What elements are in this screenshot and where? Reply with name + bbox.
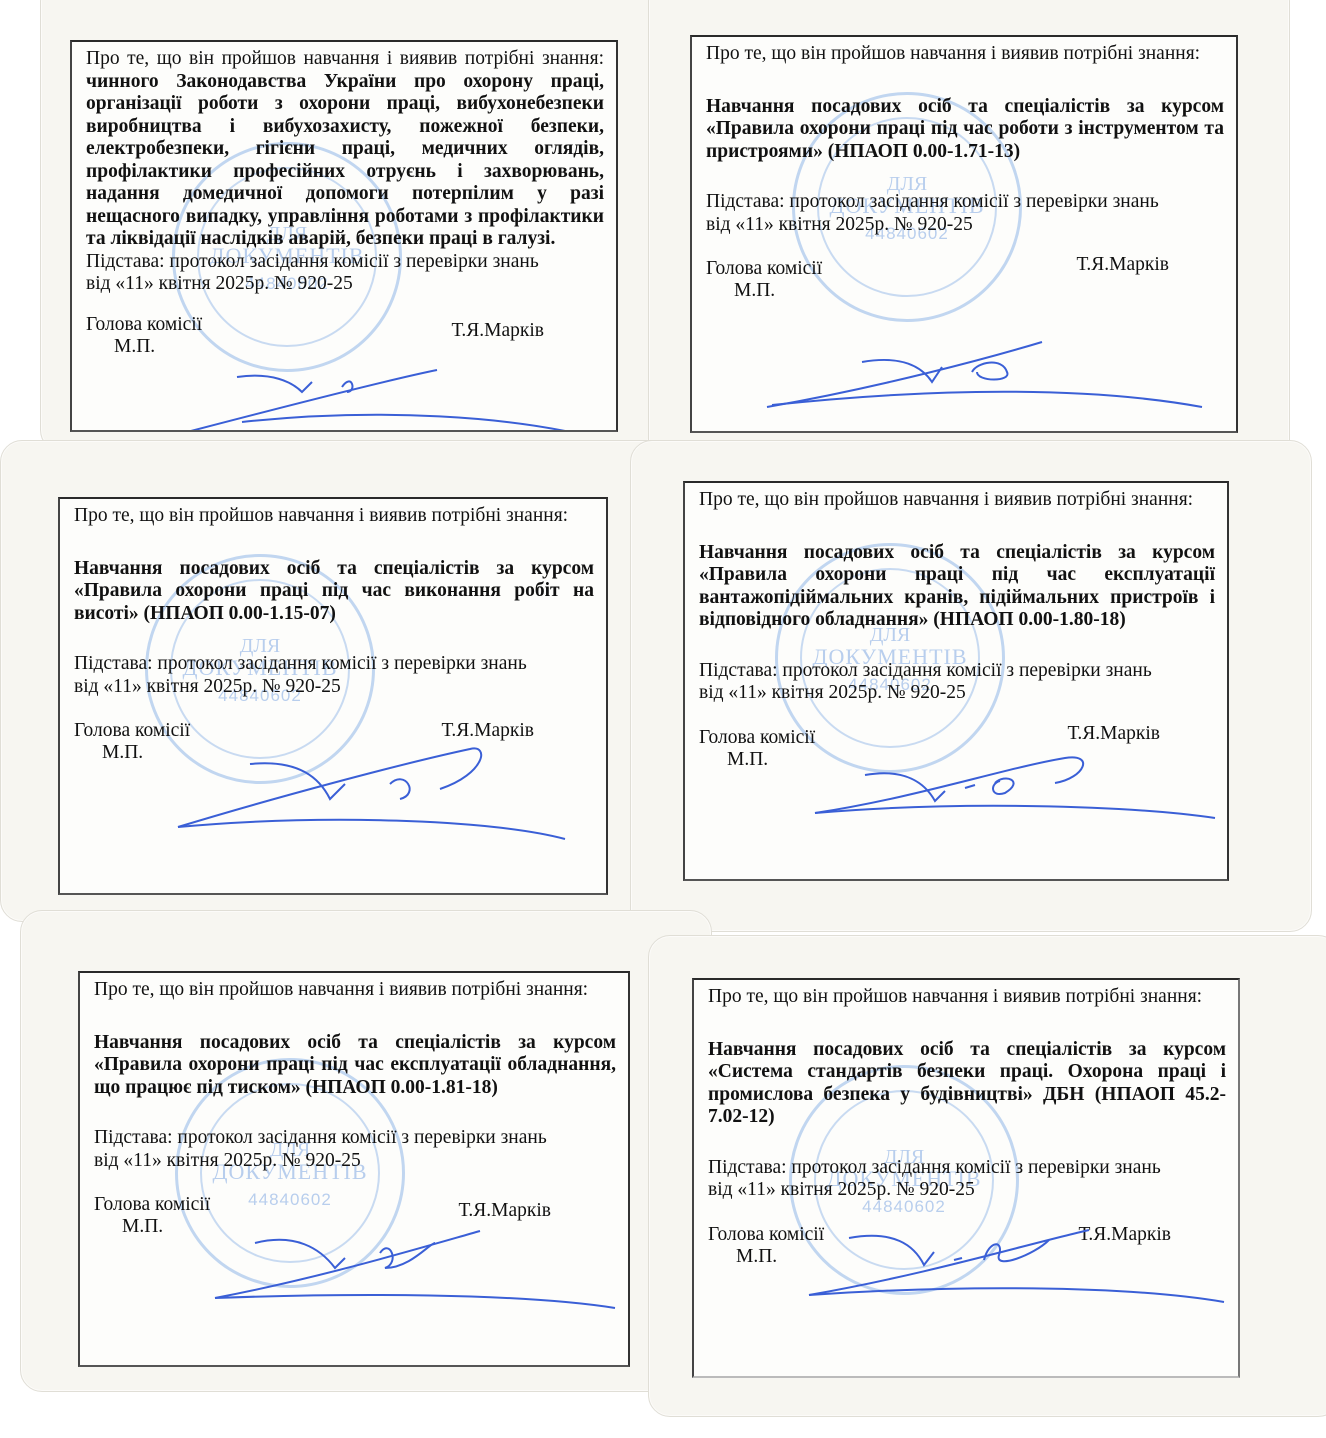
- basis-line-1: Підстава: протокол засідання комісії з п…: [706, 191, 1224, 214]
- signer-name: Т.Я.Марків: [1078, 1224, 1171, 1247]
- signer-title: Голова комісії: [94, 1194, 210, 1217]
- certificate-card-4: ДЛЯ ДОКУМЕНТІВ 44840602 Про те, що він п…: [683, 481, 1229, 881]
- basis-line-1: Підстава: протокол засідання комісії з п…: [74, 653, 594, 676]
- course-text: чинного Законодавства України про охорон…: [86, 71, 604, 250]
- certificate-card-1: ДЛЯ ДОКУМЕНТІВ 44840602 Про те, що він п…: [70, 40, 618, 432]
- signature-icon: [762, 337, 1212, 417]
- signature-icon: [182, 362, 602, 432]
- seal-label: М.П.: [736, 1246, 777, 1269]
- certificate-card-5: ДЛЯ ДОКУМЕНТІВ 44840602 Про те, що він п…: [78, 971, 630, 1367]
- course-text: Навчання посадових осіб та спеціалістів …: [94, 1032, 616, 1100]
- certificate-card-3: ДЛЯ ДОКУМЕНТІВ 44840602 Про те, що він п…: [58, 497, 608, 895]
- basis-line-1: Підстава: протокол засідання комісії з п…: [708, 1157, 1226, 1180]
- course-text: Навчання посадових осіб та спеціалістів …: [699, 542, 1215, 632]
- signer-title: Голова комісії: [706, 258, 822, 281]
- signer-title: Голова комісії: [699, 727, 815, 750]
- course-text: Навчання посадових осіб та спеціалістів …: [706, 96, 1224, 164]
- intro-text: Про те, що він пройшов навчання і виявив…: [86, 48, 604, 69]
- signer-name: Т.Я.Марків: [1076, 254, 1169, 277]
- seal-label: М.П.: [734, 280, 775, 303]
- intro-text: Про те, що він пройшов навчання і виявив…: [94, 979, 616, 1002]
- basis-line-2: від «11» квітня 2025р. № 920-25: [699, 682, 1215, 705]
- intro-text: Про те, що він пройшов навчання і виявив…: [74, 505, 594, 528]
- basis-line-2: від «11» квітня 2025р. № 920-25: [706, 214, 1224, 237]
- signer-name: Т.Я.Марків: [451, 320, 544, 343]
- basis-line-1: Підстава: протокол засідання комісії з п…: [699, 660, 1215, 683]
- intro-text: Про те, що він пройшов навчання і виявив…: [706, 43, 1224, 66]
- signer-name: Т.Я.Марків: [458, 1200, 551, 1223]
- seal-label: М.П.: [102, 742, 143, 765]
- basis-line-2: від «11» квітня 2025р. № 920-25: [86, 273, 604, 296]
- certificate-card-2: ДЛЯ ДОКУМЕНТІВ 44840602 Про те, що він п…: [690, 35, 1238, 433]
- signer-title: Голова комісії: [74, 720, 190, 743]
- seal-label: М.П.: [114, 336, 155, 359]
- course-text: Навчання посадових осіб та спеціалістів …: [74, 558, 594, 626]
- seal-label: М.П.: [727, 749, 768, 772]
- basis-line-2: від «11» квітня 2025р. № 920-25: [708, 1179, 1226, 1202]
- intro-text: Про те, що він пройшов навчання і виявив…: [708, 986, 1226, 1009]
- course-text: Навчання посадових осіб та спеціалістів …: [708, 1039, 1226, 1129]
- basis-line-1: Підстава: протокол засідання комісії з п…: [94, 1127, 616, 1150]
- signer-name: Т.Я.Марків: [441, 720, 534, 743]
- signer-title: Голова комісії: [86, 314, 202, 337]
- basis-line-1: Підстава: протокол засідання комісії з п…: [86, 251, 604, 274]
- signer-title: Голова комісії: [708, 1224, 824, 1247]
- basis-line-2: від «11» квітня 2025р. № 920-25: [94, 1150, 616, 1173]
- basis-line-2: від «11» квітня 2025р. № 920-25: [74, 676, 594, 699]
- certificate-card-6: ДЛЯ ДОКУМЕНТІВ 44840602 Про те, що він п…: [692, 978, 1240, 1378]
- seal-label: М.П.: [122, 1216, 163, 1239]
- intro-text: Про те, що він пройшов навчання і виявив…: [699, 489, 1215, 512]
- signer-name: Т.Я.Марків: [1067, 723, 1160, 746]
